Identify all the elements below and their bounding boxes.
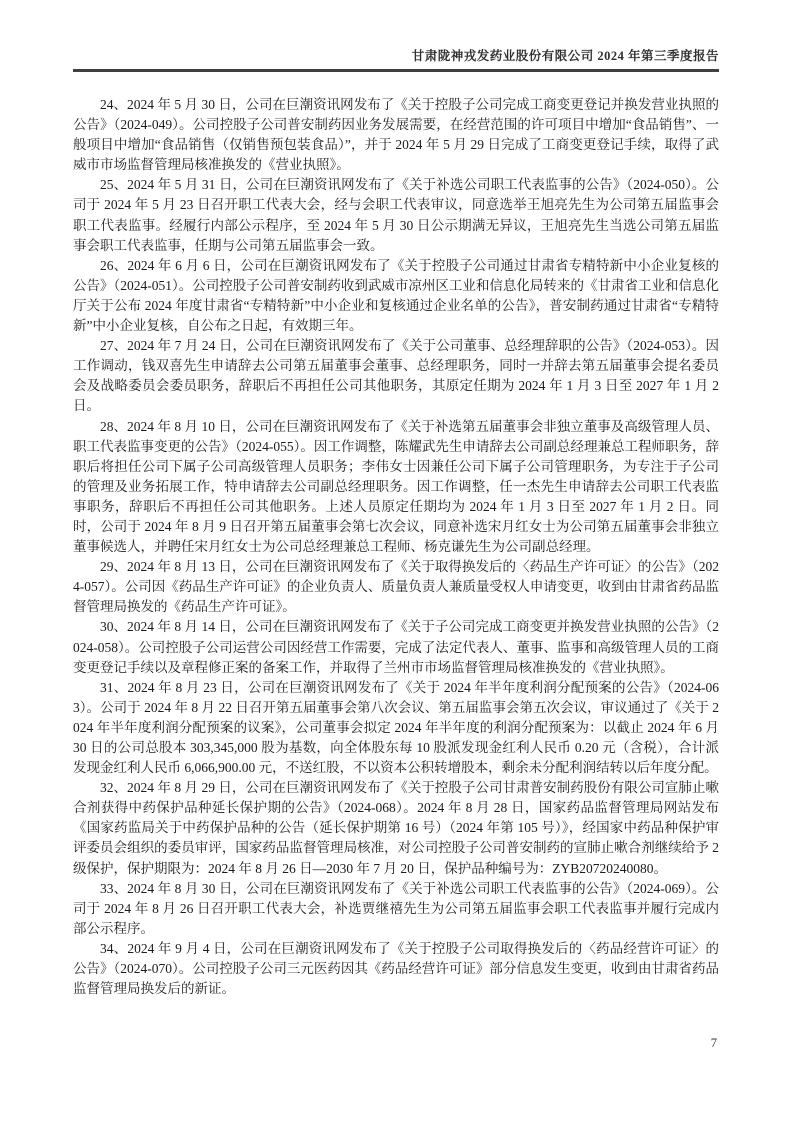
paragraph: 29、2024 年 8 月 13 日，公司在巨潮资讯网发布了《关于取得换发后的〈… (73, 557, 719, 617)
page-number: 7 (711, 1036, 717, 1050)
paragraph: 27、2024 年 7 月 24 日，公司在巨潮资讯网发布了《关于公司董事、总经… (73, 336, 719, 416)
page-footer: 7 (711, 1034, 717, 1052)
paragraph: 26、2024 年 6 月 6 日，公司在巨潮资讯网发布了《关于控股子公司通过甘… (73, 256, 719, 336)
paragraph: 24、2024 年 5 月 30 日，公司在巨潮资讯网发布了《关于控股子公司完成… (73, 95, 719, 175)
paragraph: 33、2024 年 8 月 30 日，公司在巨潮资讯网发布了《关于补选公司职工代… (73, 879, 719, 939)
paragraph: 25、2024 年 5 月 31 日，公司在巨潮资讯网发布了《关于补选公司职工代… (73, 175, 719, 255)
report-page: 甘肃陇神戎发药业股份有限公司 2024 年第三季度报告 24、2024 年 5 … (0, 0, 793, 1122)
paragraph: 32、2024 年 8 月 29 日，公司在巨潮资讯网发布了《关于控股子公司甘肃… (73, 778, 719, 878)
header-divider (73, 69, 719, 72)
report-title: 甘肃陇神戎发药业股份有限公司 2024 年第三季度报告 (73, 48, 719, 64)
paragraph: 30、2024 年 8 月 14 日，公司在巨潮资讯网发布了《关于子公司完成工商… (73, 617, 719, 677)
page-header: 甘肃陇神戎发药业股份有限公司 2024 年第三季度报告 (73, 48, 719, 72)
paragraph: 34、2024 年 9 月 4 日，公司在巨潮资讯网发布了《关于控股子公司取得换… (73, 939, 719, 999)
document-body: 24、2024 年 5 月 30 日，公司在巨潮资讯网发布了《关于控股子公司完成… (73, 95, 719, 999)
paragraph: 31、2024 年 8 月 23 日，公司在巨潮资讯网发布了《关于 2024 年… (73, 678, 719, 778)
paragraph: 28、2024 年 8 月 10 日，公司在巨潮资讯网发布了《关于补选第五届董事… (73, 417, 719, 558)
